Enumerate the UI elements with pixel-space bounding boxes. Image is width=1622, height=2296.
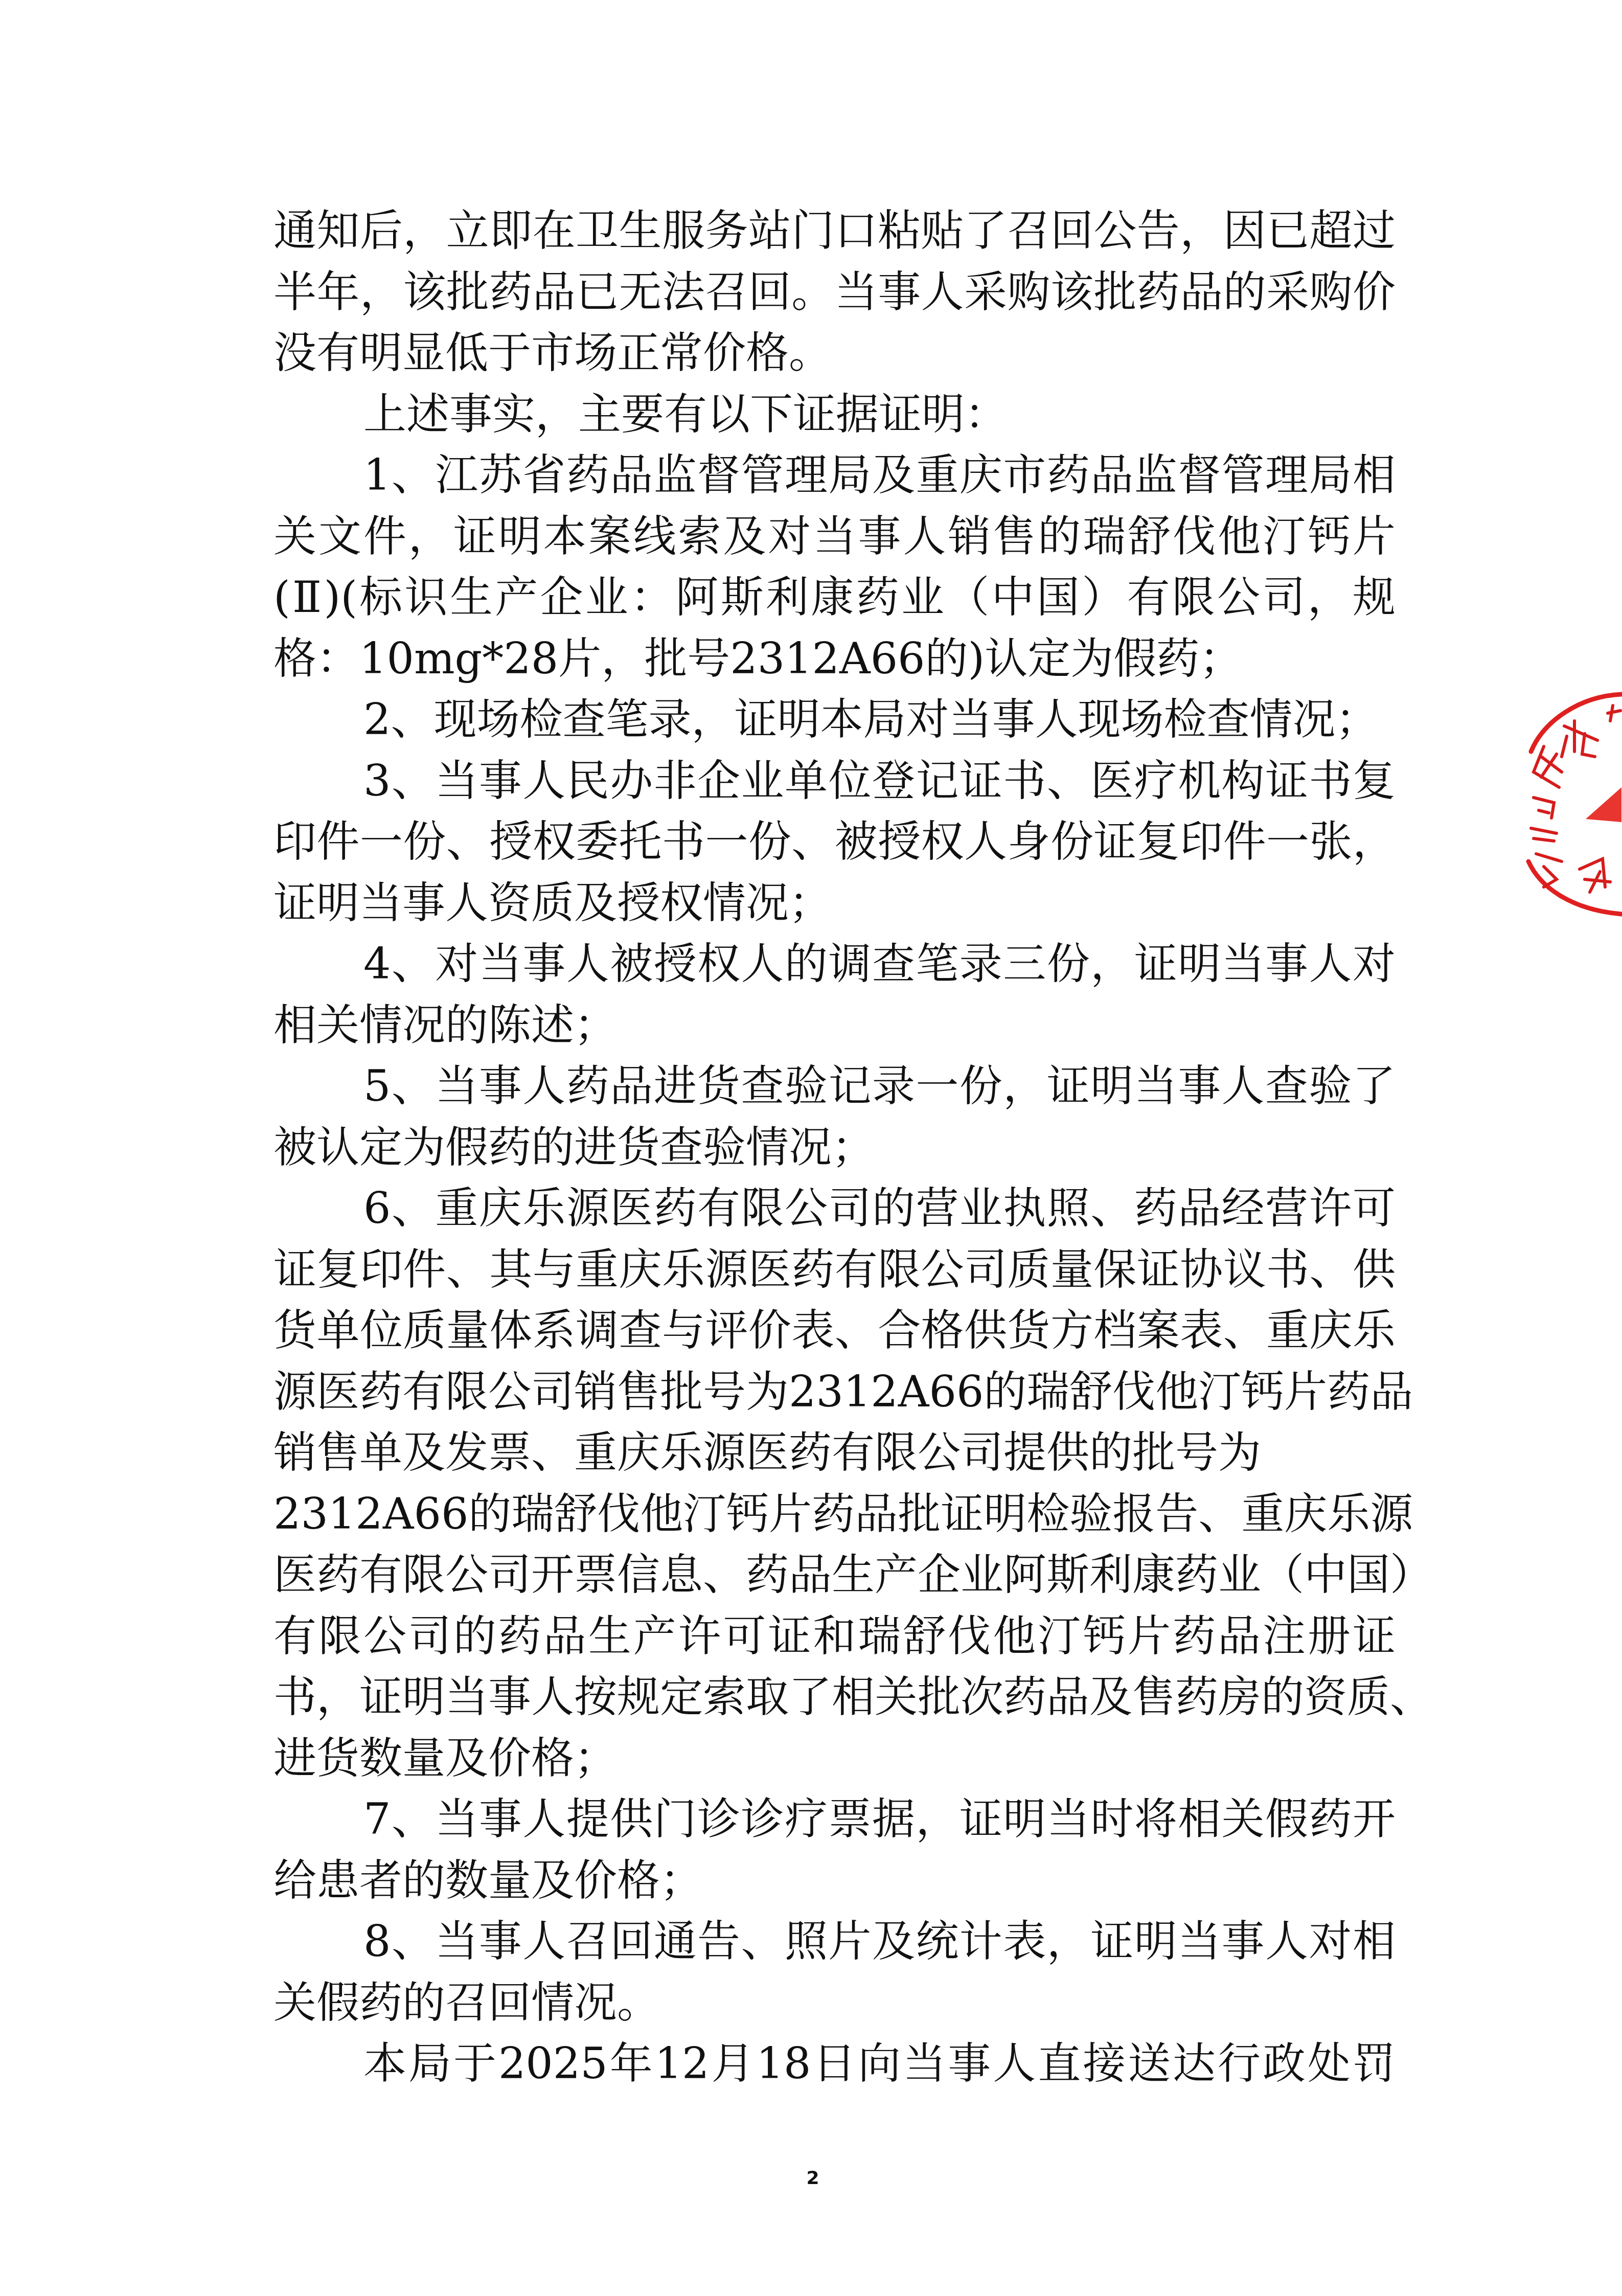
- text-line: 关文件，证明本案线索及对当事人销售的瑞舒伐他汀钙片: [273, 506, 1396, 567]
- text-line: 印件一份、授权委托书一份、被授权人身份证复印件一张，: [273, 811, 1396, 873]
- text-line: 半年，该批药品已无法召回。当事人采购该批药品的采购价: [273, 262, 1396, 323]
- red-official-seal-icon: [1513, 685, 1622, 920]
- text-line: 给患者的数量及价格；: [273, 1850, 1396, 1912]
- text-line: 关假药的召回情况。: [273, 1972, 1396, 2034]
- text-line: 证复印件、其与重庆乐源医药有限公司质量保证协议书、供: [273, 1239, 1396, 1301]
- text-line: 被认定为假药的进货查验情况；: [273, 1117, 1396, 1178]
- evidence-item-7: 7、当事人提供门诊诊疗票据，证明当时将相关假药开: [273, 1789, 1396, 1850]
- document-body: 通知后，立即在卫生服务站门口粘贴了召回公告，因已超过 半年，该批药品已无法召回。…: [273, 200, 1396, 2095]
- document-page: 通知后，立即在卫生服务站门口粘贴了召回公告，因已超过 半年，该批药品已无法召回。…: [0, 0, 1622, 2296]
- text-line: 没有明显低于市场正常价格。: [273, 323, 1396, 384]
- evidence-item-6: 6、重庆乐源医药有限公司的营业执照、药品经营许可: [273, 1178, 1396, 1239]
- text-line: (Ⅱ)(标识生产企业：阿斯利康药业（中国）有限公司，规: [273, 567, 1396, 628]
- evidence-heading: 上述事实，主要有以下证据证明：: [273, 384, 1396, 445]
- text-line: 销售单及发票、重庆乐源医药有限公司提供的批号为: [273, 1422, 1396, 1484]
- text-line: 医药有限公司开票信息、药品生产企业阿斯利康药业（中国）: [273, 1544, 1396, 1606]
- page-number: 2: [797, 2168, 828, 2189]
- evidence-item-1: 1、江苏省药品监督管理局及重庆市药品监督管理局相: [273, 445, 1396, 506]
- text-line: 证明当事人资质及授权情况；: [273, 873, 1396, 934]
- text-line: 相关情况的陈述；: [273, 995, 1396, 1056]
- evidence-item-2: 2、现场检查笔录，证明本局对当事人现场检查情况；: [273, 689, 1396, 751]
- evidence-item-4: 4、对当事人被授权人的调查笔录三份，证明当事人对: [273, 934, 1396, 995]
- text-line: 通知后，立即在卫生服务站门口粘贴了召回公告，因已超过: [273, 200, 1396, 262]
- evidence-item-8: 8、当事人召回通告、照片及统计表，证明当事人对相: [273, 1911, 1396, 1972]
- text-line: 货单位质量体系调查与评价表、合格供货方档案表、重庆乐: [273, 1300, 1396, 1361]
- text-line: 进货数量及价格；: [273, 1728, 1396, 1789]
- text-line: 源医药有限公司销售批号为2312A66的瑞舒伐他汀钙片药品: [273, 1361, 1396, 1423]
- text-line: 2312A66的瑞舒伐他汀钙片药品批证明检验报告、重庆乐源: [273, 1484, 1396, 1545]
- text-line: 格：10mg*28片，批号2312A66的)认定为假药；: [273, 628, 1396, 690]
- delivery-paragraph: 本局于2025年12月18日向当事人直接送达行政处罚: [273, 2033, 1396, 2095]
- evidence-item-5: 5、当事人药品进货查验记录一份，证明当事人查验了: [273, 1056, 1396, 1117]
- text-line: 有限公司的药品生产许可证和瑞舒伐他汀钙片药品注册证: [273, 1606, 1396, 1667]
- evidence-item-3: 3、当事人民办非企业单位登记证书、医疗机构证书复: [273, 751, 1396, 812]
- text-line: 书，证明当事人按规定索取了相关批次药品及售药房的资质、: [273, 1667, 1396, 1728]
